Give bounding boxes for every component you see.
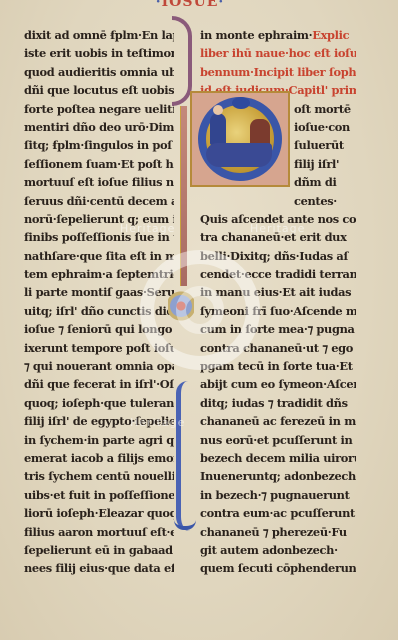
text-line: quod audieritis omnia uba	[24, 63, 174, 81]
text-line: dñi que locutus eſt uobis·ne	[24, 81, 174, 99]
text-line: filij iſrl' de egypto·ſepelierūt	[24, 412, 174, 430]
text-line: chananeū ⁊ pherezeū·Fu	[200, 523, 356, 541]
text-line: belli·Dixitq; dñs·Iudas aſ	[200, 247, 356, 265]
text-line: centes·	[200, 192, 356, 210]
text-line: git autem adonbezech·	[200, 541, 356, 559]
historiated-initial-miniature	[190, 91, 290, 187]
standing-figure	[210, 113, 226, 145]
text-line: pgam tecū in ſorte tua·Et	[200, 357, 356, 375]
text-line: Inueneruntq; adonbezech	[200, 467, 356, 485]
initial-bar	[180, 106, 187, 286]
text-line: tem ephraim·a ſeptemtriona	[24, 265, 174, 283]
text-line: tra chananeū·et erit dux	[200, 228, 356, 246]
left-text-column: dixit ad omnē ẜplm·En lapiſ iste erit uo…	[24, 26, 174, 578]
text-line: abijt cum eo ſymeon·Aſcen	[200, 375, 356, 393]
initial-lower-flourish	[176, 381, 190, 531]
text-line: nathſare·que ſita eſt in mon	[24, 247, 174, 265]
text-line: quem ſecuti cōphenderunt·	[200, 559, 356, 577]
rubric-line: liber ihū naue·hoc eſt ioſue	[200, 44, 356, 62]
running-head: ·IOSUE·	[140, 0, 240, 10]
running-head-title: IOSUE	[162, 0, 219, 10]
text-line: bezech decem milia uirorū·	[200, 449, 356, 467]
text-line: emerat iacob a filijs emor pa	[24, 449, 174, 467]
initial-tail-curl	[174, 516, 196, 530]
text-line: tris ſychem centū nouellis o	[24, 467, 174, 485]
text-line: ditq; iudas ⁊ tradidit dñs	[200, 394, 356, 412]
text-line: mentiri dño deo urō·Dimi	[24, 118, 174, 136]
text-line: contra eum·ac pcuſſerunt	[200, 504, 356, 522]
initial-letter-stem	[176, 16, 190, 526]
deathbed	[206, 143, 272, 167]
running-head-suffix: ·	[218, 0, 224, 10]
text-line: in manu eius·Et ait iudas	[200, 283, 356, 301]
rubric-line: in monte ephraim·Explic	[200, 26, 356, 44]
text-line: forte poſtea negare uelitis·⁊	[24, 100, 174, 118]
text-line: dñi que fecerat in iſrl'·Oſſa	[24, 375, 174, 393]
text-line: ſeruus dñi·centū decem an	[24, 192, 174, 210]
text-line: ⁊ qui nouerant omnia opa	[24, 357, 174, 375]
text-line: ſymeoni frī ſuo·Aſcende me	[200, 302, 356, 320]
manuscript-page: ·IOSUE· dixit ad omnē ẜplm·En lapiſ iste…	[0, 0, 398, 640]
text-line: in ſychem·in parte agri quē	[24, 431, 174, 449]
initial-knot-ornament	[168, 286, 194, 326]
text-line: chananeū ac ferezeū in ma	[200, 412, 356, 430]
text-line: liorū ioſeph·Eleazar quoq;	[24, 504, 174, 522]
text-line: cum in ſorte mea·⁊ pugna	[200, 320, 356, 338]
text-line: nus eorū·et pcuſſerunt in	[200, 431, 356, 449]
text-line: li parte montiſ gaas·Seru	[24, 283, 174, 301]
text-line: uitq; iſrl' dño cunctis diebuſ	[24, 302, 174, 320]
text-line: Quis aſcendet ante nos con	[200, 210, 356, 228]
text-line: ioſue ⁊ ſeniorū qui longo u	[24, 320, 174, 338]
rubric-text: Explic	[312, 28, 349, 42]
text-line: filius aaron mortuuſ eſt·et	[24, 523, 174, 541]
initial-upper-flourish	[172, 16, 192, 106]
text-line: ixerunt tempore poſt ioſue·	[24, 339, 174, 357]
text-line: contra chananeū·ut ⁊ ego	[200, 339, 356, 357]
text-line: mortuuſ eſt ioſue filius nun	[24, 173, 174, 191]
text-line: dixit ad omnē ẜplm·En lapiſ	[24, 26, 174, 44]
text-line: norū·ſepelierunt q; eum in	[24, 210, 174, 228]
text-line: ſeſſionem ſuam·Et poſt hec	[24, 155, 174, 173]
rubric-line: bennum·Incipit liber ſophtim	[200, 63, 356, 81]
angel-figure	[232, 97, 250, 109]
text-line: ſepelierunt eū in gabaad fi	[24, 541, 174, 559]
text-line: ſitq; ẜplm·ſingulos in poſ	[24, 136, 174, 154]
text-line: nees filij eius·que data eſt ei	[24, 559, 174, 577]
text-line: uibs·et fuit in poſſeſſione fi	[24, 486, 174, 504]
text-line: in bezech·⁊ pugnauerunt	[200, 486, 356, 504]
text-line: iste erit uobis in teſtimoniū·	[24, 44, 174, 62]
text-line: quoq; ioſeph·que tulerant	[24, 394, 174, 412]
text-segment: in monte ephraim·	[200, 28, 312, 42]
text-line: finibs poſſeſſionis ſue in ta	[24, 228, 174, 246]
text-line: cendet·ecce tradidi terram	[200, 265, 356, 283]
